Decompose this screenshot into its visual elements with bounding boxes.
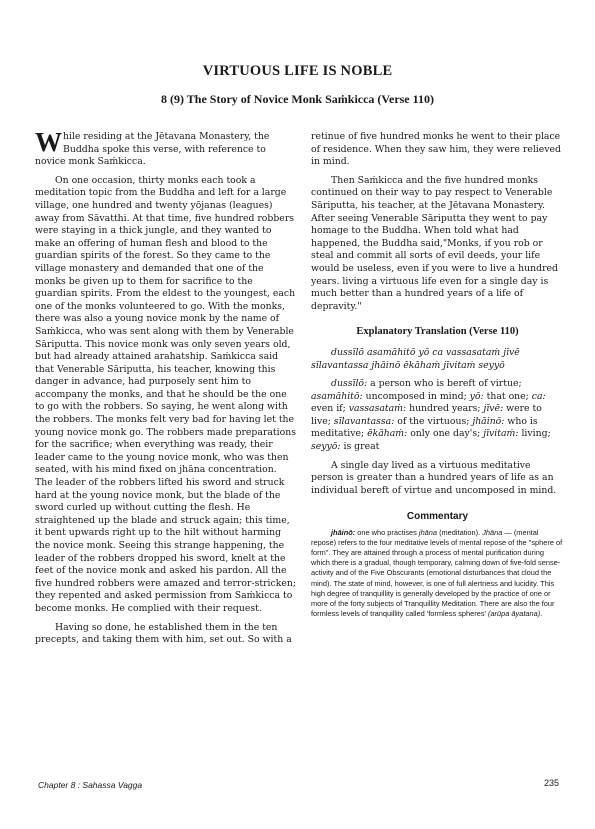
word-glossary: dussīlō: a person who is bereft of virtu…: [311, 378, 564, 454]
story-paragraph: Then Saṁkicca and the five hundred monks…: [311, 175, 564, 314]
page-number: 235: [544, 778, 559, 788]
pali-verse: dussīlō asamāhitō yō ca vassasataṁ jīvē …: [311, 347, 564, 372]
story-paragraph: retinue of five hundred monks he went to…: [311, 131, 564, 169]
dropcap-letter: W: [35, 131, 62, 153]
commentary-heading: Commentary: [311, 511, 564, 524]
story-paragraph: On one occasion, thirty monks each took …: [35, 175, 297, 616]
book-page: VIRTUOUS LIFE IS NOBLE 8 (9) The Story o…: [0, 0, 595, 829]
translation-heading: Explanatory Translation (Verse 110): [311, 326, 564, 339]
left-column: While residing at the Jētavana Monastery…: [35, 131, 297, 653]
verse-summary: A single day lived as a virtuous meditat…: [311, 460, 564, 498]
chapter-footer: Chapter 8 : Sahassa Vagga: [38, 780, 142, 790]
opening-paragraph: While residing at the Jētavana Monastery…: [35, 131, 297, 169]
right-column: retinue of five hundred monks he went to…: [311, 131, 564, 625]
page-title: VIRTUOUS LIFE IS NOBLE: [0, 63, 595, 80]
story-subtitle: 8 (9) The Story of Novice Monk Saṁkicca …: [0, 92, 595, 107]
commentary-text: jhāinō: one who practises jhāna (meditat…: [311, 528, 564, 619]
story-paragraph: Having so done, he established them in t…: [35, 622, 297, 647]
